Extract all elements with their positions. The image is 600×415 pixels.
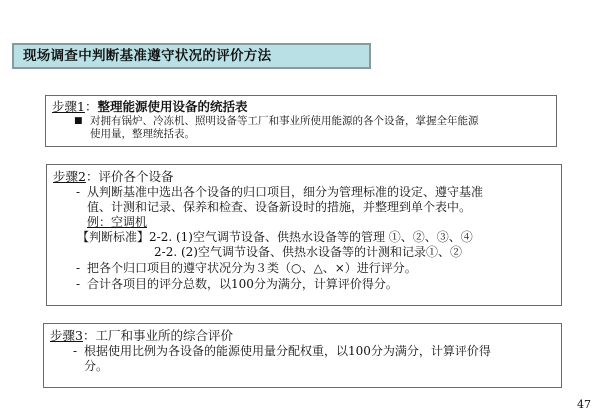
slide-title: 现场调查中判断基准遵守状况的评价方法	[12, 43, 371, 69]
step-2-tag: 步骤2	[53, 169, 86, 184]
step-2-item-1: - 从判断基准中选出各个设备的归口项目，细分为管理标准的设定、遵守基准	[53, 185, 555, 200]
step-1-bullet: ■ 对拥有锅炉、冷冻机、照明设备等工厂和事业所使用能源的各个设备，掌握全年能源 …	[52, 115, 550, 141]
dash-bullet-icon: -	[69, 277, 87, 292]
step-2-heading: 步骤2：评价各个设备	[53, 169, 555, 184]
step-3-tag: 步骤3	[50, 328, 83, 343]
step-2-example-label: 例：空调机	[53, 215, 555, 230]
step-2-item-2: - 把各个归口项目的遵守状况分为３类（○、△、×）进行评分。	[53, 261, 555, 276]
step-3-title: 工厂和事业所的综合评价	[95, 328, 233, 343]
step-2-item-3: - 合计各项目的评分总数，以100分为满分，计算评价得分。	[53, 277, 555, 292]
step-2-item-2-text: 把各个归口项目的遵守状况分为３类（○、△、×）进行评分。	[87, 261, 417, 276]
step-3-item-1-line-2: 分。	[50, 359, 555, 374]
step-1-box: 步骤1：整理能源使用设备的统括表 ■ 对拥有锅炉、冷冻机、照明设备等工厂和事业所…	[45, 95, 557, 147]
step-2-criteria-1: 【判断标准】2-2. (1)空气调节设备、供热水设备等的管理 ①、②、③、④	[53, 230, 555, 245]
square-bullet-icon: ■	[74, 115, 90, 141]
dash-bullet-icon: -	[69, 261, 87, 276]
step-3-box: 步骤3：工厂和事业所的综合评价 - 根据使用比例为各设备的能源使用量分配权重，以…	[43, 323, 562, 388]
step-2-box: 步骤2：评价各个设备 - 从判断基准中选出各个设备的归口项目，细分为管理标准的设…	[46, 164, 562, 306]
step-1-separator: ：	[85, 99, 98, 114]
dash-bullet-icon: -	[69, 185, 87, 200]
step-1-bullet-line-2: 使用量，整理统括表。	[90, 128, 479, 141]
step-2-item-3-text: 合计各项目的评分总数，以100分为满分，计算评价得分。	[87, 277, 398, 292]
step-1-title: 整理能源使用设备的统括表	[97, 99, 247, 114]
step-3-heading: 步骤3：工厂和事业所的综合评价	[50, 328, 555, 343]
step-3-item-1-line-1: 根据使用比例为各设备的能源使用量分配权重，以100分为满分，计算评价得	[84, 344, 491, 359]
step-2-item-1-line-2: 值、计测和记录、保养和检查、设备新设时的措施，并整理到单个表中。	[53, 200, 555, 215]
step-2-criteria-2: 2-2. (2)空气调节设备、供热水设备等的计测和记录①、②	[53, 245, 555, 260]
step-1-tag: 步骤1	[52, 99, 85, 114]
step-2-separator: ：	[86, 169, 99, 184]
step-3-item-1: - 根据使用比例为各设备的能源使用量分配权重，以100分为满分，计算评价得	[50, 344, 555, 359]
step-1-bullet-line-1: 对拥有锅炉、冷冻机、照明设备等工厂和事业所使用能源的各个设备，掌握全年能源	[90, 115, 479, 128]
dash-bullet-icon: -	[66, 344, 84, 359]
step-2-title: 评价各个设备	[98, 169, 173, 184]
step-3-separator: ：	[83, 328, 96, 343]
page-number: 47	[577, 398, 591, 411]
step-1-heading: 步骤1：整理能源使用设备的统括表	[52, 99, 550, 114]
step-2-item-1-line-1: 从判断基准中选出各个设备的归口项目，细分为管理标准的设定、遵守基准	[87, 185, 483, 200]
